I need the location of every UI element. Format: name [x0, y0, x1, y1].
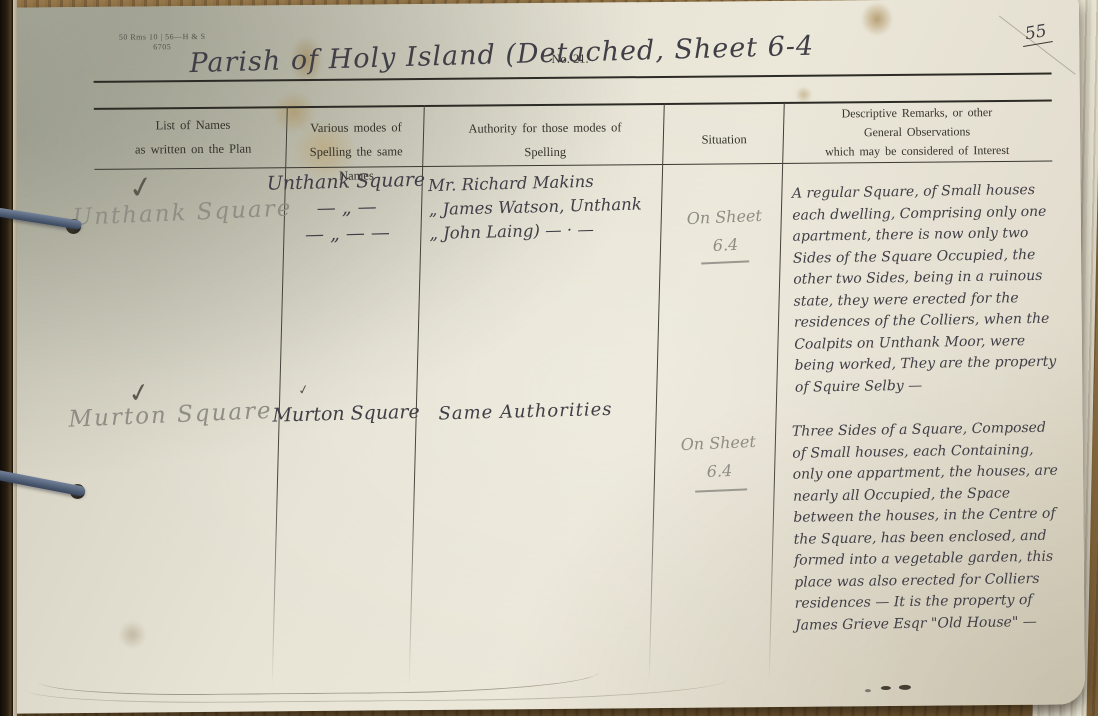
- tick-mark: ✓: [297, 382, 310, 399]
- book-spine-edge: [0, 0, 13, 716]
- gutter-paper-edge: [13, 0, 17, 716]
- photograph-of-register-page: 50 Rms 10 | 56—H & S 6705 No. 21. 55 Par…: [0, 0, 1098, 716]
- name-on-plan: Murton Square: [68, 398, 273, 433]
- column-header-authority: Authority for those modes of Spelling: [428, 116, 662, 166]
- column-header-remarks: Descriptive Remarks, or other General Ob…: [786, 103, 1048, 163]
- pencil-underline: [695, 488, 747, 492]
- stain: [861, 2, 893, 36]
- situation: On Sheet 6.4: [666, 427, 772, 487]
- stain: [118, 620, 146, 648]
- spelling-modes: Unthank Square — „ — — „ — —: [266, 167, 428, 249]
- descriptive-remarks: A regular Square, of Small houses each d…: [792, 180, 1063, 399]
- column-header-situation: Situation: [666, 128, 782, 153]
- situation: On Sheet 6.4: [672, 201, 778, 261]
- ink-smudge: [899, 685, 911, 690]
- name-on-plan: Unthank Square: [72, 195, 293, 231]
- descriptive-remarks: Three Sides of a Square, Composed of Sma…: [792, 418, 1063, 637]
- authority: Same Authorities: [438, 399, 613, 425]
- column-divider: [769, 102, 785, 682]
- authority: Mr. Richard Makins „ James Watson, Untha…: [428, 168, 670, 246]
- column-header-names: List of Names as written on the Plan: [100, 113, 286, 162]
- page-edge-curve: [27, 651, 727, 704]
- page-title: Parish of Holy Island (Detached, Sheet 6…: [189, 31, 814, 79]
- spelling-modes: Murton Square: [272, 401, 420, 427]
- register-sheet: 50 Rms 10 | 56—H & S 6705 No. 21. 55 Par…: [3, 0, 1085, 714]
- ink-smudge: [865, 689, 871, 692]
- ink-smudge: [881, 686, 891, 690]
- stain: [796, 87, 812, 103]
- pencil-underline: [701, 260, 749, 264]
